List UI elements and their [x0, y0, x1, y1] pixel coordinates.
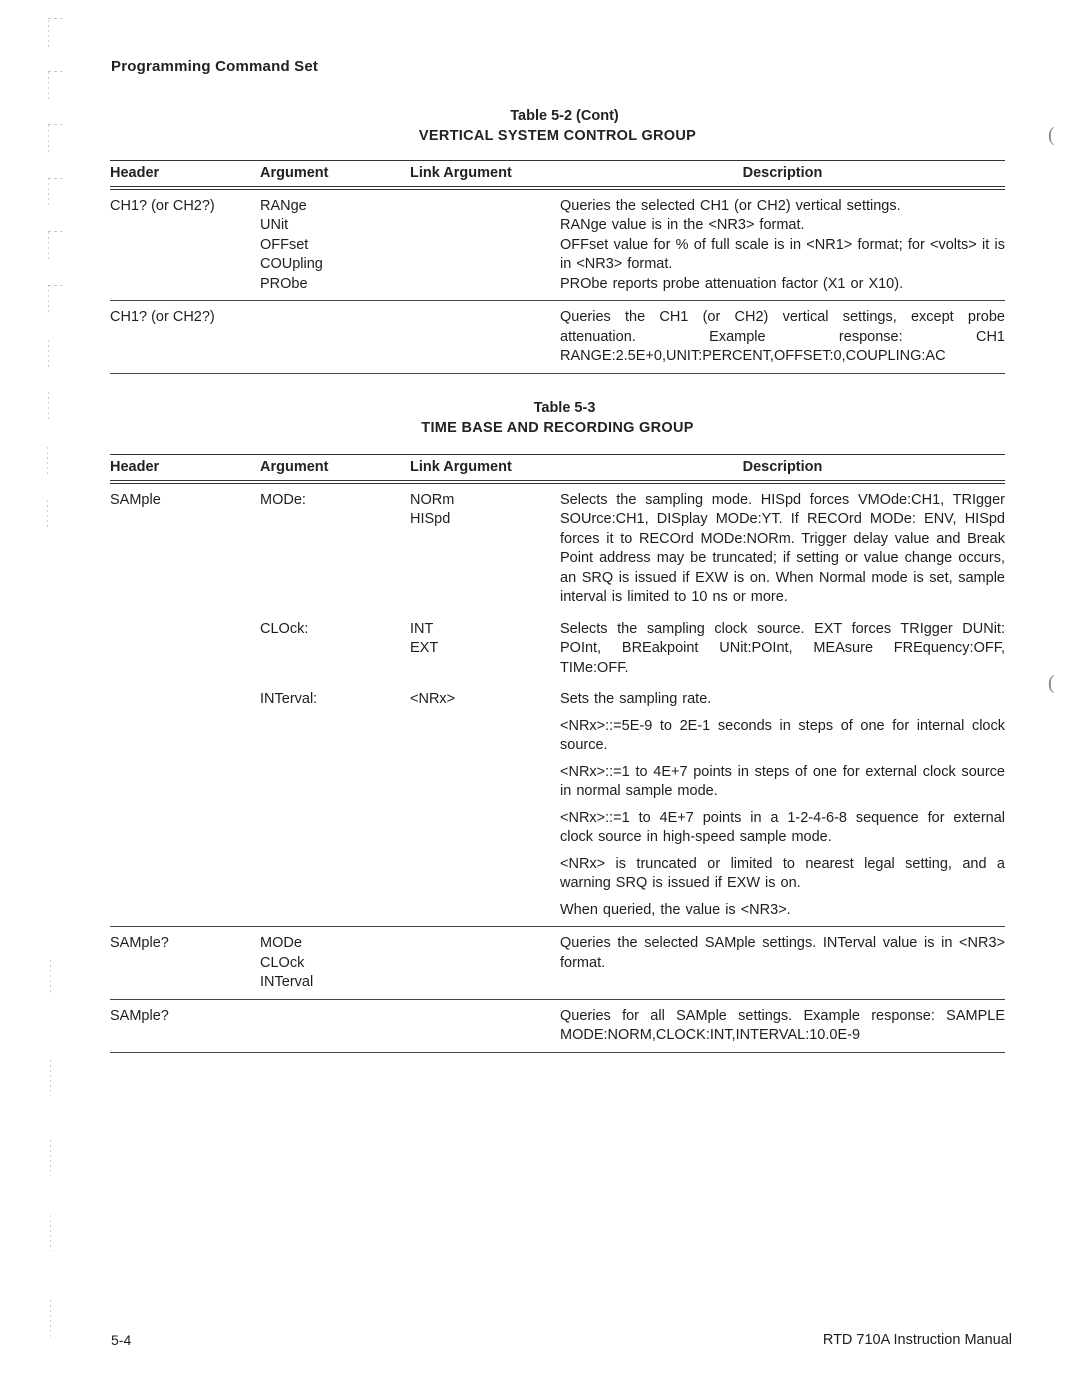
scan-artifact [50, 1140, 51, 1176]
argument: MODe: [260, 482, 410, 610]
scan-artifact [48, 71, 62, 72]
manual-title: RTD 710A Instruction Manual [823, 1332, 1012, 1348]
command-header: SAMple? [110, 999, 260, 1052]
scan-artifact [48, 340, 49, 370]
description-line: Queries the selected CH1 (or CH2) vertic… [560, 197, 1005, 217]
argument: CLOck: [260, 610, 410, 681]
description-paragraph: Selects the sampling clock source. EXT f… [560, 620, 1005, 679]
link-argument-list: NORm HISpd [410, 482, 560, 610]
description: Queries the CH1 (or CH2) vertical settin… [560, 301, 1005, 374]
argument: INTerval: [260, 680, 410, 927]
description: Selects the sampling mode. HISpd forces … [560, 482, 1005, 610]
link-argument-list [410, 301, 560, 374]
scan-artifact [48, 178, 62, 179]
table-header-row: Header Argument Link Argument Descriptio… [110, 455, 1005, 482]
table-5-2-title: Table 5-2 (Cont) [110, 106, 1005, 126]
description-paragraph: Queries for all SAMple settings. Example… [560, 1007, 1005, 1046]
command-header [110, 680, 260, 927]
command-header: CH1? (or CH2?) [110, 301, 260, 374]
argument: COUpling [260, 255, 410, 275]
table-row: CH1? (or CH2?) RANge UNit OFFset COUplin… [110, 188, 1005, 301]
description-paragraph: Queries the CH1 (or CH2) vertical settin… [560, 308, 1005, 367]
argument-list [260, 301, 410, 374]
column-header-description: Description [560, 161, 1005, 188]
scan-artifact [48, 124, 62, 125]
scan-artifact [48, 285, 62, 286]
argument: INTerval [260, 973, 410, 993]
scan-artifact [48, 72, 49, 102]
argument: PRObe [260, 275, 410, 295]
description: Queries the selected CH1 (or CH2) vertic… [560, 188, 1005, 301]
table-5-3-title: Table 5-3 [110, 398, 1005, 418]
scan-artifact [48, 232, 49, 262]
table-row: CLOck: INT EXT Selects the sampling cloc… [110, 610, 1005, 681]
argument: CLOck [260, 954, 410, 974]
scan-artifact [48, 20, 49, 50]
scan-artifact [48, 285, 49, 313]
argument: OFFset [260, 236, 410, 256]
scan-artifact [48, 125, 49, 155]
description-paragraph: When queried, the value is <NR3>. [560, 901, 1005, 921]
description-paragraph: Queries the selected SAMple settings. IN… [560, 934, 1005, 973]
scan-artifact [50, 1215, 51, 1251]
scan-artifact [48, 231, 62, 232]
table-row: CH1? (or CH2?) Queries the CH1 (or CH2) … [110, 301, 1005, 374]
command-header: SAMple? [110, 927, 260, 1000]
table-5-3-group: TIME BASE AND RECORDING GROUP [110, 418, 1005, 438]
table-row: SAMple? MODe CLOck INTerval Queries the … [110, 927, 1005, 1000]
column-header-link-argument: Link Argument [410, 161, 560, 188]
description-paragraph: Selects the sampling mode. HISpd forces … [560, 491, 1005, 608]
link-argument: EXT [410, 639, 560, 659]
table-row: INTerval: <NRx> Sets the sampling rate. … [110, 680, 1005, 927]
table-header-row: Header Argument Link Argument Descriptio… [110, 161, 1005, 188]
link-argument: HISpd [410, 510, 560, 530]
table-5-3: Header Argument Link Argument Descriptio… [110, 454, 1005, 1053]
link-argument-list: <NRx> [410, 680, 560, 927]
running-header: Programming Command Set [111, 58, 318, 75]
description: Queries the selected SAMple settings. IN… [560, 927, 1005, 1000]
table-5-2-caption: Table 5-2 (Cont) VERTICAL SYSTEM CONTROL… [110, 106, 1005, 146]
argument: MODe [260, 934, 410, 954]
description: Queries for all SAMple settings. Example… [560, 999, 1005, 1052]
page-number: 5-4 [111, 1332, 131, 1348]
link-argument: <NRx> [410, 690, 560, 710]
link-argument: INT [410, 620, 560, 640]
scan-artifact [50, 1300, 51, 1340]
link-argument-list: INT EXT [410, 610, 560, 681]
argument: RANge [260, 197, 410, 217]
column-header-link-argument: Link Argument [410, 455, 560, 482]
table-row: SAMple MODe: NORm HISpd Selects the samp… [110, 482, 1005, 610]
column-header-header: Header [110, 161, 260, 188]
table-5-2: Header Argument Link Argument Descriptio… [110, 160, 1005, 374]
link-argument-list [410, 188, 560, 301]
description-paragraph: <NRx> is truncated or limited to nearest… [560, 855, 1005, 894]
column-header-description: Description [560, 455, 1005, 482]
scan-artifact [48, 178, 49, 208]
command-header [110, 610, 260, 681]
argument-list: MODe CLOck INTerval [260, 927, 410, 1000]
scan-artifact [47, 447, 48, 477]
table-5-3-caption: Table 5-3 TIME BASE AND RECORDING GROUP [110, 398, 1005, 438]
command-header: CH1? (or CH2?) [110, 188, 260, 301]
scan-artifact [48, 392, 49, 422]
link-argument-list [410, 927, 560, 1000]
scan-artifact [48, 18, 62, 19]
description-paragraph: <NRx>::=5E-9 to 2E-1 seconds in steps of… [560, 717, 1005, 756]
scan-artifact: ( [1048, 672, 1055, 695]
description: Selects the sampling clock source. EXT f… [560, 610, 1005, 681]
link-argument-list [410, 999, 560, 1052]
command-header: SAMple [110, 482, 260, 610]
argument: UNit [260, 216, 410, 236]
link-argument: NORm [410, 491, 560, 511]
description-paragraph: <NRx>::=1 to 4E+7 points in steps of one… [560, 763, 1005, 802]
column-header-argument: Argument [260, 161, 410, 188]
column-header-argument: Argument [260, 455, 410, 482]
scan-artifact [47, 500, 48, 530]
column-header-header: Header [110, 455, 260, 482]
scan-artifact [50, 1060, 51, 1096]
argument-list: RANge UNit OFFset COUpling PRObe [260, 188, 410, 301]
table-5-2-group: VERTICAL SYSTEM CONTROL GROUP [110, 126, 1005, 146]
description-paragraph: <NRx>::=1 to 4E+7 points in a 1-2-4-6-8 … [560, 809, 1005, 848]
description-line: RANge value is in the <NR3> format. [560, 216, 1005, 236]
argument-list [260, 999, 410, 1052]
scan-artifact [50, 960, 51, 996]
description: Sets the sampling rate. <NRx>::=5E-9 to … [560, 680, 1005, 927]
scan-artifact: ( [1048, 124, 1055, 147]
description-line: PRObe reports probe attenuation factor (… [560, 275, 1005, 295]
description-paragraph: Sets the sampling rate. [560, 690, 1005, 710]
table-row: SAMple? Queries for all SAMple settings.… [110, 999, 1005, 1052]
description-line: OFFset value for % of full scale is in <… [560, 236, 1005, 275]
